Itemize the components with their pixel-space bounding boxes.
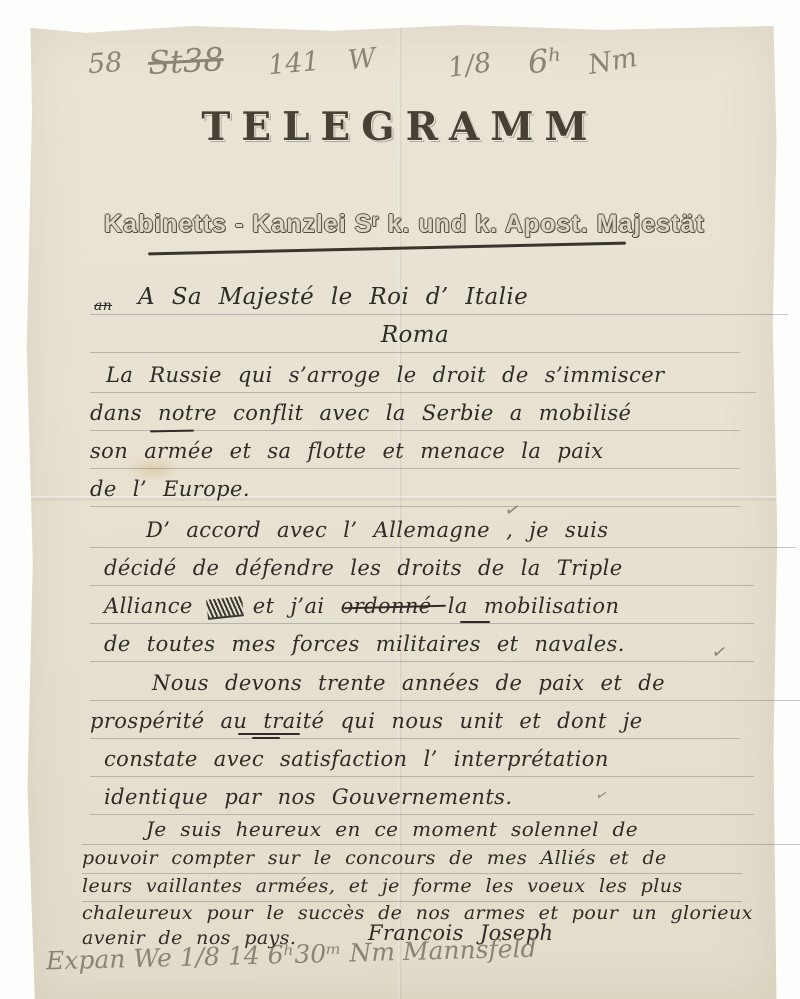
handwritten-line: pouvoir compter sur le concours de mes A…: [82, 844, 742, 874]
address-city-line: Roma: [90, 318, 740, 353]
scanned-telegram-document: { "colors": { "paper": "#e8e2d3", "ink":…: [0, 0, 800, 999]
handwritten-line: Je suis heureux en ce moment solennel de: [82, 815, 800, 845]
pencil-number: 141: [267, 46, 321, 81]
pencil-number-struck: St38: [147, 40, 224, 82]
cabinet-chancellery-printed-header: Kabinetts - Kanzlei Sʳ k. und k. Apost. …: [104, 210, 664, 239]
pencil-date: 1/8: [446, 47, 493, 84]
underline-mark-traite: [238, 733, 300, 735]
handwritten-line: de toutes mes forces militaires et naval…: [90, 627, 754, 662]
underline-mark-la: [460, 621, 490, 623]
address-line: A Sa Majesté le Roi d’ Italie: [90, 280, 788, 315]
handwritten-line: de l’ Europe.: [90, 472, 740, 507]
handwritten-line: La Russie qui s’arroge le droit de s’imm…: [90, 358, 756, 393]
pencil-letter: W: [346, 43, 377, 77]
handwritten-text: Alliance: [104, 594, 193, 618]
telegram-form-title: TELEGRAMM: [0, 104, 800, 150]
handwritten-line: identique par nos Gouvernements.: [90, 780, 754, 815]
pencil-number: 58: [87, 47, 123, 80]
handwritten-line: leurs vaillantes armées, et je forme les…: [82, 872, 742, 902]
handwritten-line: constate avec satisfaction l’ interpréta…: [90, 742, 754, 777]
handwritten-line: son armée et sa flotte et menace la paix: [90, 434, 740, 469]
pencil-time: 6ʰ: [527, 41, 564, 81]
underline-mark-traite-2: [252, 737, 280, 739]
handwritten-line: prospérité au traité qui nous unit et do…: [90, 704, 740, 739]
handwritten-line: dans notre conflit avec la Serbie a mobi…: [90, 396, 740, 431]
ink-scribble-deletion: [206, 596, 244, 620]
handwritten-line: D’ accord avec l’ Allemagne , je suis: [90, 513, 796, 548]
handwritten-line: Nous devons trente années de paix et de: [90, 666, 800, 701]
handwritten-line: décidé de défendre les droits de la Trip…: [90, 551, 754, 586]
